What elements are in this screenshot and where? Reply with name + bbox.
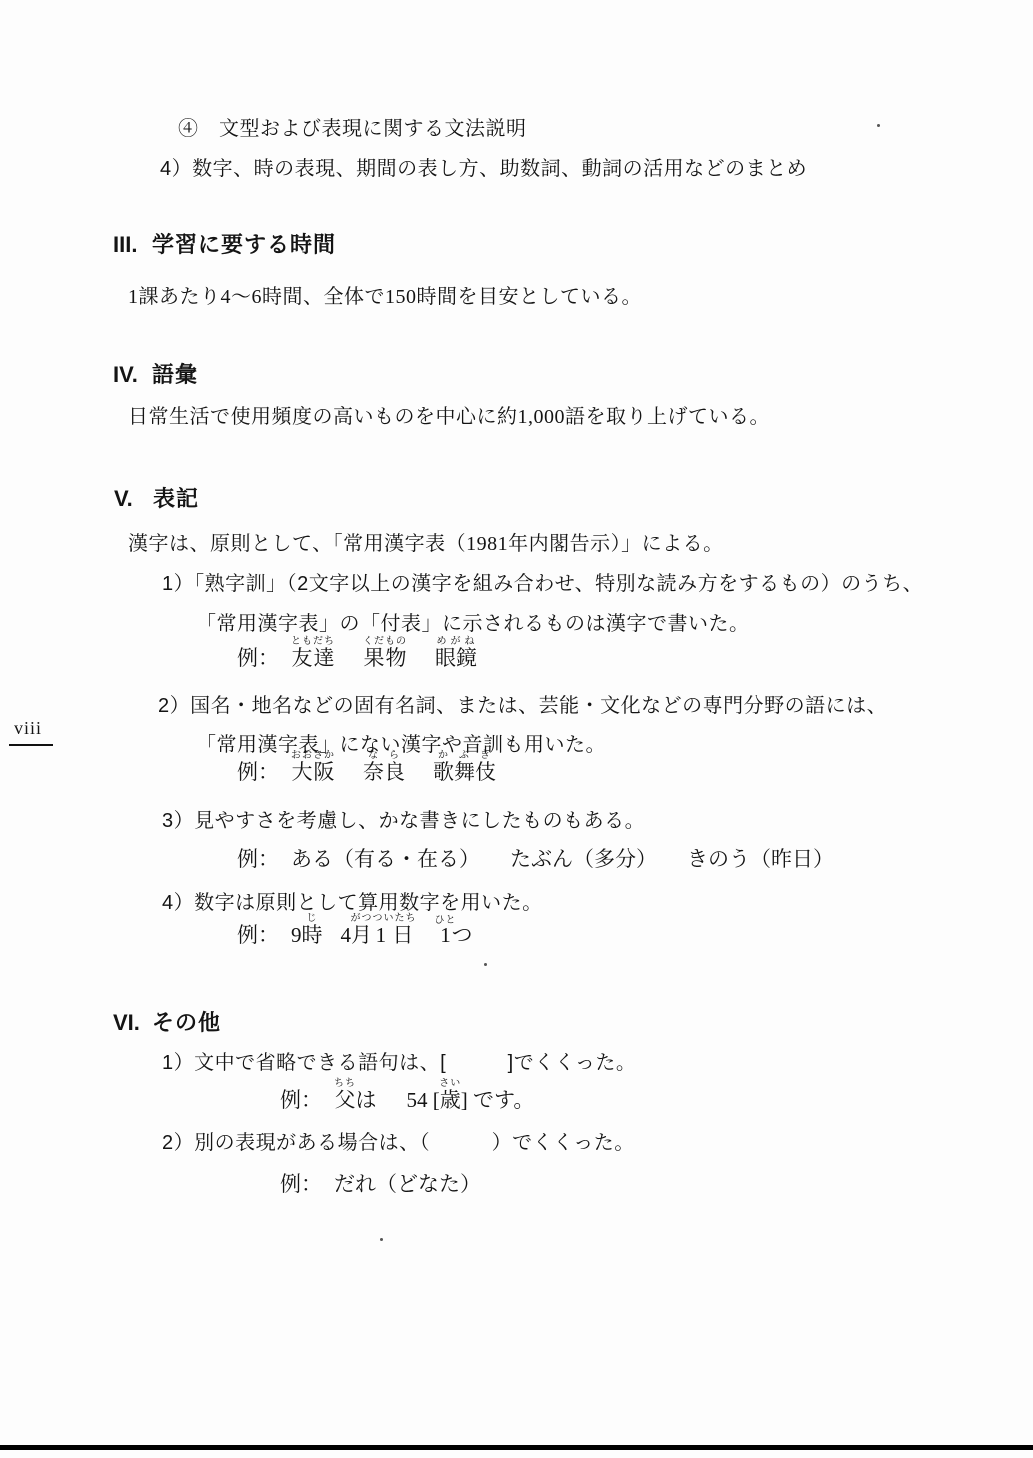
notation-item-3-example: 例： ある（有る・在る）たぶん（多分）きのう（昨日） xyxy=(237,843,834,873)
section-time-numeral: III. xyxy=(113,232,152,258)
folio-underline xyxy=(9,744,53,746)
example-label: 例： xyxy=(280,1084,322,1114)
notation-item-2-example: 例： 大阪おおさか奈良なら歌舞伎かぶき xyxy=(237,750,496,786)
example-words: 9時じ4月がつ1日ついたち1ひとつ xyxy=(291,913,473,949)
example-label: 例： xyxy=(237,756,279,786)
example-label: 例： xyxy=(237,919,279,949)
scan-speck xyxy=(877,124,880,127)
example-words: 友達ともだち果物くだもの眼鏡めがね xyxy=(291,636,477,672)
section-other-heading: VI.その他 xyxy=(113,1006,221,1037)
section-vocab-body: 日常生活で使用頻度の高いものを中心に約1,000語を取り上げている。 xyxy=(128,400,770,429)
example-label: 例： xyxy=(237,843,279,873)
bottom-page-rule xyxy=(0,1445,1033,1450)
example-words: 大阪おおさか奈良なら歌舞伎かぶき xyxy=(291,750,496,786)
notation-item-1-line-2: 「常用漢字表」の「付表」に示されるものは漢字で書いた。 xyxy=(196,607,750,636)
section-notation-heading: V.表記 xyxy=(114,482,199,513)
page-number-folio: viii xyxy=(14,718,42,739)
scan-speck xyxy=(380,1238,383,1241)
section-vocab-numeral: IV. xyxy=(113,362,152,388)
section-notation-title: 表記 xyxy=(153,486,199,511)
section-notation-numeral: V. xyxy=(114,486,153,512)
notation-item-3-line-1: 3）見やすさを考慮し、かな書きにしたものもある。 xyxy=(162,804,645,833)
section-vocab-heading: IV.語彙 xyxy=(113,358,198,389)
scanned-document-page: ④ 文型および表現に関する文法説明 4）数字、時の表現、期間の表し方、助数詞、動… xyxy=(0,0,1033,1458)
example-words: ある（有る・在る）たぶん（多分）きのう（昨日） xyxy=(291,843,834,873)
notation-item-1-line-1: 1）「熟字訓」（2文字以上の漢字を組み合わせ、特別な読み方をするもの）のうち、 xyxy=(162,567,923,596)
preamble-numbered-item: 4）数字、時の表現、期間の表し方、助数詞、動詞の活用などのまとめ xyxy=(160,152,807,181)
notation-item-4-example: 例： 9時じ4月がつ1日ついたち1ひとつ xyxy=(237,913,473,949)
other-item-2-line-1: 2）別の表現がある場合は、（ ）でくくった。 xyxy=(162,1126,635,1155)
notation-item-2-line-1: 2）国名・地名などの固有名詞、または、芸能・文化などの専門分野の語には、 xyxy=(158,689,887,718)
other-item-1-line-1: 1）文中で省略できる語句は、[ ]でくくった。 xyxy=(162,1046,636,1075)
example-label: 例： xyxy=(280,1168,322,1198)
section-time-body: 1課あたり4～6時間、全体で150時間を目安としている。 xyxy=(128,280,642,309)
section-time-title: 学習に要する時間 xyxy=(152,232,336,257)
notation-item-4-line-1: 4）数字は原則として算用数字を用いた。 xyxy=(162,886,543,915)
section-vocab-title: 語彙 xyxy=(152,362,198,387)
scan-speck xyxy=(484,963,487,966)
other-item-2-example: 例： だれ（どなた） xyxy=(280,1168,481,1198)
example-words: だれ（どなた） xyxy=(334,1168,481,1198)
section-other-title: その他 xyxy=(152,1010,221,1035)
other-item-1-example: 例： 父ちちは54 [歳さい] です。 xyxy=(280,1078,534,1114)
example-label: 例： xyxy=(237,642,279,672)
preamble-circled-item: ④ 文型および表現に関する文法説明 xyxy=(178,112,527,141)
section-notation-intro: 漢字は、原則として、「常用漢字表（1981年内閣告示）」による。 xyxy=(128,527,724,556)
example-words: 父ちちは54 [歳さい] です。 xyxy=(334,1078,534,1114)
section-time-heading: III.学習に要する時間 xyxy=(113,228,336,259)
notation-item-1-example: 例： 友達ともだち果物くだもの眼鏡めがね xyxy=(237,636,477,672)
section-other-numeral: VI. xyxy=(113,1010,152,1036)
